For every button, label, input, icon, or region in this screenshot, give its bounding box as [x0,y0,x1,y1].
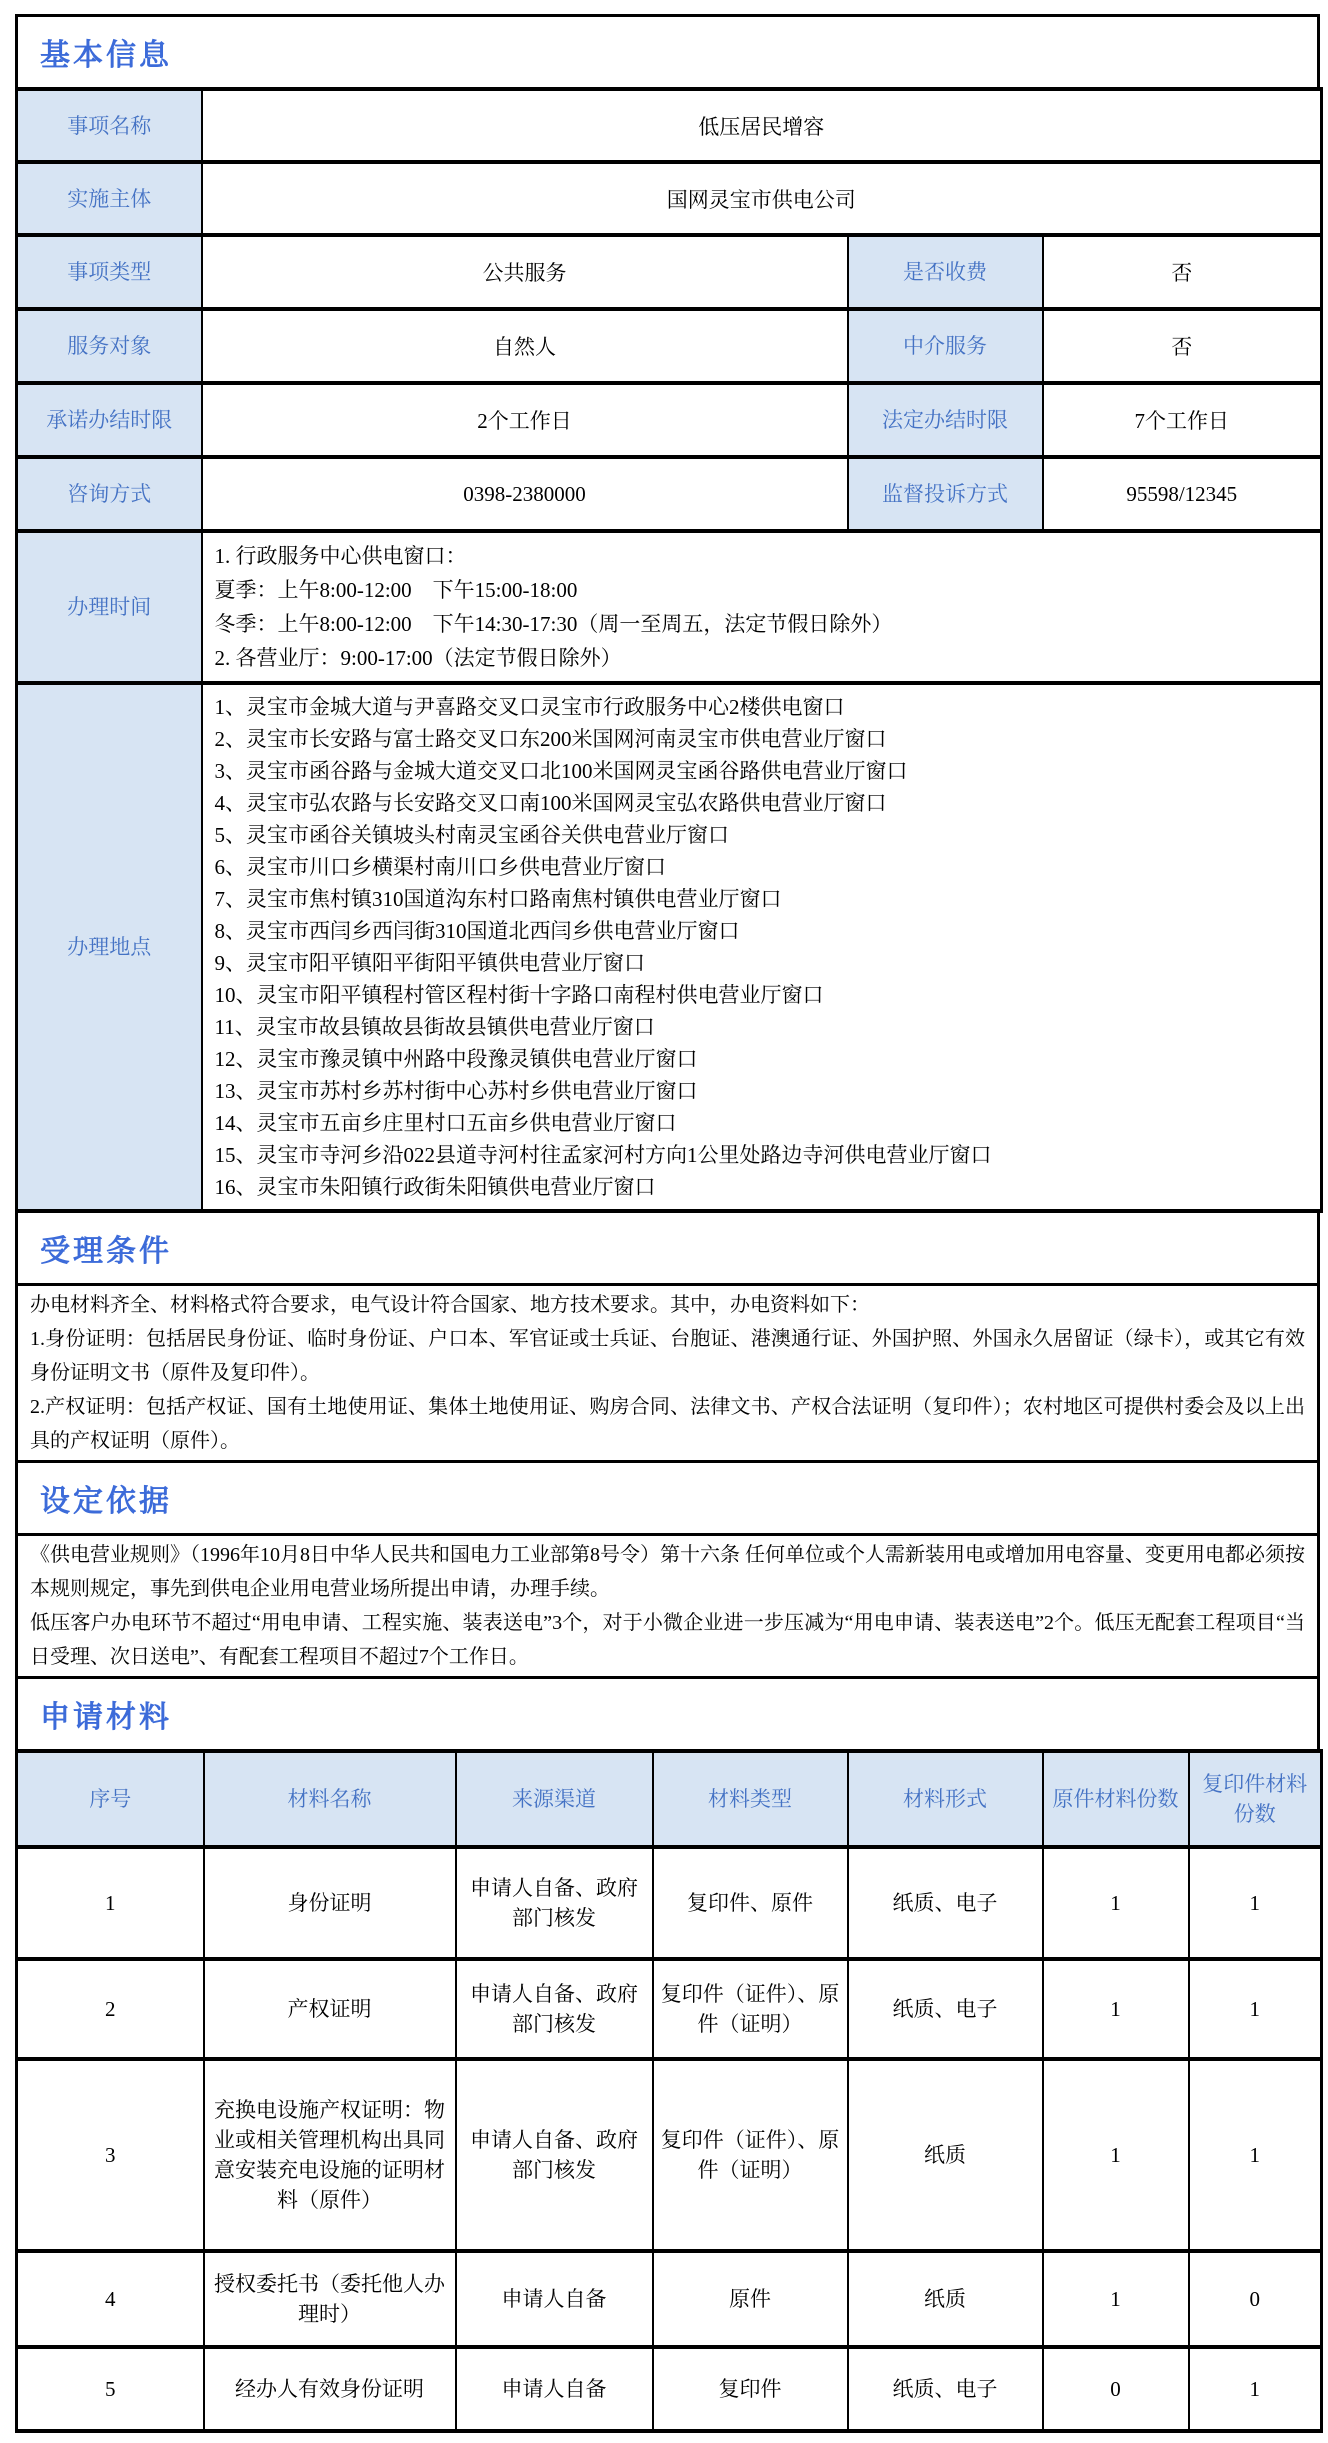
material-name: 充换电设施产权证明：物业或相关管理机构出具同意安装充电设施的证明材料（原件） [204,2059,456,2251]
material-type: 原件 [653,2251,848,2347]
material-original-count: 1 [1043,2251,1189,2347]
material-name: 身份证明 [204,1847,456,1959]
material-type: 复印件、原件 [653,1847,848,1959]
location-item: 9、灵宝市阳平镇阳平街阳平镇供电营业厅窗口 [215,947,1309,979]
value-service-target: 自然人 [202,309,848,383]
office-hours-line: 夏季：上午8:00-12:00 下午15:00-18:00 [215,573,1309,607]
label-promised-limit: 承诺办结时限 [17,383,202,457]
value-intermediary: 否 [1043,309,1322,383]
location-item: 1、灵宝市金城大道与尹喜路交叉口灵宝市行政服务中心2楼供电窗口 [215,691,1309,723]
material-name: 经办人有效身份证明 [204,2347,456,2431]
label-legal-limit: 法定办结时限 [848,383,1043,457]
section-title-basis: 设定依据 [40,1476,172,1520]
materials-header-name: 材料名称 [204,1751,456,1847]
material-copy-count: 1 [1189,1959,1322,2059]
label-item-type: 事项类型 [17,235,202,309]
section-title-acceptance: 受理条件 [40,1226,172,1270]
label-locations: 办理地点 [17,683,202,1211]
section-header-basic-info: 基本信息 [15,14,1320,90]
material-copy-count: 1 [1189,1847,1322,1959]
value-implementer: 国网灵宝市供电公司 [202,162,1322,235]
label-complaint-phone: 监督投诉方式 [848,457,1043,531]
material-seq: 4 [17,2251,204,2347]
material-form: 纸质、电子 [848,1847,1043,1959]
material-original-count: 1 [1043,2059,1189,2251]
location-item: 2、灵宝市长安路与富士路交叉口东200米国网河南灵宝市供电营业厅窗口 [215,723,1309,755]
acceptance-paragraph: 1.身份证明：包括居民身份证、临时身份证、户口本、军官证或士兵证、台胞证、港澳通… [30,1322,1305,1390]
value-item-name: 低压居民增容 [202,89,1322,162]
basis-paragraph: 低压客户办电环节不超过“用电申请、工程实施、装表送电”3个，对于小微企业进一步压… [30,1606,1305,1674]
info-row-office-hours: 办理时间 1. 行政服务中心供电窗口： 夏季：上午8:00-12:00 下午15… [17,531,1322,683]
value-complaint-phone: 95598/12345 [1043,457,1322,531]
material-type: 复印件（证件）、原件（证明） [653,2059,848,2251]
material-source: 申请人自备 [456,2251,653,2347]
value-charge: 否 [1043,235,1322,309]
office-hours-line: 1. 行政服务中心供电窗口： [215,539,1309,573]
location-item: 12、灵宝市豫灵镇中州路中段豫灵镇供电营业厅窗口 [215,1043,1309,1075]
location-item: 14、灵宝市五亩乡庄里村口五亩乡供电营业厅窗口 [215,1107,1309,1139]
value-legal-limit: 7个工作日 [1043,383,1322,457]
label-consult-phone: 咨询方式 [17,457,202,531]
material-source: 申请人自备、政府部门核发 [456,2059,653,2251]
materials-row: 1 身份证明 申请人自备、政府部门核发 复印件、原件 纸质、电子 1 1 [17,1847,1322,1959]
label-service-target: 服务对象 [17,309,202,383]
material-form: 纸质、电子 [848,2347,1043,2431]
label-office-hours: 办理时间 [17,531,202,683]
section-header-basis: 设定依据 [15,1460,1320,1536]
material-form: 纸质、电子 [848,1959,1043,2059]
materials-table: 序号 材料名称 来源渠道 材料类型 材料形式 原件材料份数 复印件材料份数 1 … [15,1749,1323,2433]
value-promised-limit: 2个工作日 [202,383,848,457]
office-hours-line: 冬季：上午8:00-12:00 下午14:30-17:30（周一至周五，法定节假… [215,607,1309,641]
material-copy-count: 0 [1189,2251,1322,2347]
material-original-count: 1 [1043,1847,1189,1959]
material-name: 产权证明 [204,1959,456,2059]
label-charge: 是否收费 [848,235,1043,309]
value-item-type: 公共服务 [202,235,848,309]
material-original-count: 0 [1043,2347,1189,2431]
material-form: 纸质 [848,2251,1043,2347]
material-copy-count: 1 [1189,2059,1322,2251]
label-item-name: 事项名称 [17,89,202,162]
materials-header-original-count: 原件材料份数 [1043,1751,1189,1847]
material-source: 申请人自备 [456,2347,653,2431]
basic-info-table: 事项名称 低压居民增容 实施主体 国网灵宝市供电公司 事项类型 公共服务 是否收… [15,87,1323,1213]
section-header-acceptance: 受理条件 [15,1210,1320,1286]
materials-header-copy-count: 复印件材料份数 [1189,1751,1322,1847]
material-seq: 1 [17,1847,204,1959]
section-title-materials: 申请材料 [40,1692,172,1736]
materials-header-type: 材料类型 [653,1751,848,1847]
location-item: 3、灵宝市函谷路与金城大道交叉口北100米国网灵宝函谷路供电营业厅窗口 [215,755,1309,787]
info-row-consult: 咨询方式 0398-2380000 监督投诉方式 95598/12345 [17,457,1322,531]
materials-header-source: 来源渠道 [456,1751,653,1847]
materials-row: 2 产权证明 申请人自备、政府部门核发 复印件（证件）、原件（证明） 纸质、电子… [17,1959,1322,2059]
value-locations: 1、灵宝市金城大道与尹喜路交叉口灵宝市行政服务中心2楼供电窗口 2、灵宝市长安路… [202,683,1322,1211]
material-source: 申请人自备、政府部门核发 [456,1959,653,2059]
material-seq: 2 [17,1959,204,2059]
info-row-promised-limit: 承诺办结时限 2个工作日 法定办结时限 7个工作日 [17,383,1322,457]
section-header-materials: 申请材料 [15,1676,1320,1752]
materials-row: 4 授权委托书（委托他人办理时） 申请人自备 原件 纸质 1 0 [17,2251,1322,2347]
info-row-item-name: 事项名称 低压居民增容 [17,89,1322,162]
service-info-sheet: 基本信息 事项名称 低压居民增容 实施主体 国网灵宝市供电公司 事项类型 公共服… [15,14,1320,2433]
material-type: 复印件 [653,2347,848,2431]
value-office-hours: 1. 行政服务中心供电窗口： 夏季：上午8:00-12:00 下午15:00-1… [202,531,1322,683]
location-item: 11、灵宝市故县镇故县街故县镇供电营业厅窗口 [215,1011,1309,1043]
material-source: 申请人自备、政府部门核发 [456,1847,653,1959]
materials-header-row: 序号 材料名称 来源渠道 材料类型 材料形式 原件材料份数 复印件材料份数 [17,1751,1322,1847]
label-intermediary: 中介服务 [848,309,1043,383]
acceptance-paragraph: 2.产权证明：包括产权证、国有土地使用证、集体土地使用证、购房合同、法律文书、产… [30,1390,1305,1458]
material-original-count: 1 [1043,1959,1189,2059]
section-title-basic-info: 基本信息 [40,30,172,74]
acceptance-content: 办电材料齐全、材料格式符合要求，电气设计符合国家、地方技术要求。其中，办电资料如… [15,1283,1320,1463]
material-seq: 5 [17,2347,204,2431]
materials-header-seq: 序号 [17,1751,204,1847]
location-item: 6、灵宝市川口乡横渠村南川口乡供电营业厅窗口 [215,851,1309,883]
location-item: 7、灵宝市焦村镇310国道沟东村口路南焦村镇供电营业厅窗口 [215,883,1309,915]
material-copy-count: 1 [1189,2347,1322,2431]
label-implementer: 实施主体 [17,162,202,235]
info-row-implementer: 实施主体 国网灵宝市供电公司 [17,162,1322,235]
material-form: 纸质 [848,2059,1043,2251]
basis-paragraph: 《供电营业规则》（1996年10月8日中华人民共和国电力工业部第8号令）第十六条… [30,1538,1305,1606]
info-row-locations: 办理地点 1、灵宝市金城大道与尹喜路交叉口灵宝市行政服务中心2楼供电窗口 2、灵… [17,683,1322,1211]
location-item: 10、灵宝市阳平镇程村管区程村街十字路口南程村供电营业厅窗口 [215,979,1309,1011]
value-consult-phone: 0398-2380000 [202,457,848,531]
material-seq: 3 [17,2059,204,2251]
info-row-service-target: 服务对象 自然人 中介服务 否 [17,309,1322,383]
material-name: 授权委托书（委托他人办理时） [204,2251,456,2347]
location-item: 15、灵宝市寺河乡沿022县道寺河村往孟家河村方向1公里处路边寺河供电营业厅窗口 [215,1139,1309,1171]
location-item: 4、灵宝市弘农路与长安路交叉口南100米国网灵宝弘农路供电营业厅窗口 [215,787,1309,819]
materials-header-form: 材料形式 [848,1751,1043,1847]
location-item: 16、灵宝市朱阳镇行政街朱阳镇供电营业厅窗口 [215,1171,1309,1203]
materials-row: 5 经办人有效身份证明 申请人自备 复印件 纸质、电子 0 1 [17,2347,1322,2431]
materials-row: 3 充换电设施产权证明：物业或相关管理机构出具同意安装充电设施的证明材料（原件）… [17,2059,1322,2251]
material-type: 复印件（证件）、原件（证明） [653,1959,848,2059]
location-item: 5、灵宝市函谷关镇坡头村南灵宝函谷关供电营业厅窗口 [215,819,1309,851]
location-item: 13、灵宝市苏村乡苏村街中心苏村乡供电营业厅窗口 [215,1075,1309,1107]
basis-content: 《供电营业规则》（1996年10月8日中华人民共和国电力工业部第8号令）第十六条… [15,1533,1320,1679]
office-hours-line: 2. 各营业厅：9:00-17:00（法定节假日除外） [215,641,1309,675]
acceptance-paragraph: 办电材料齐全、材料格式符合要求，电气设计符合国家、地方技术要求。其中，办电资料如… [30,1288,1305,1322]
location-item: 8、灵宝市西闫乡西闫街310国道北西闫乡供电营业厅窗口 [215,915,1309,947]
info-row-item-type: 事项类型 公共服务 是否收费 否 [17,235,1322,309]
